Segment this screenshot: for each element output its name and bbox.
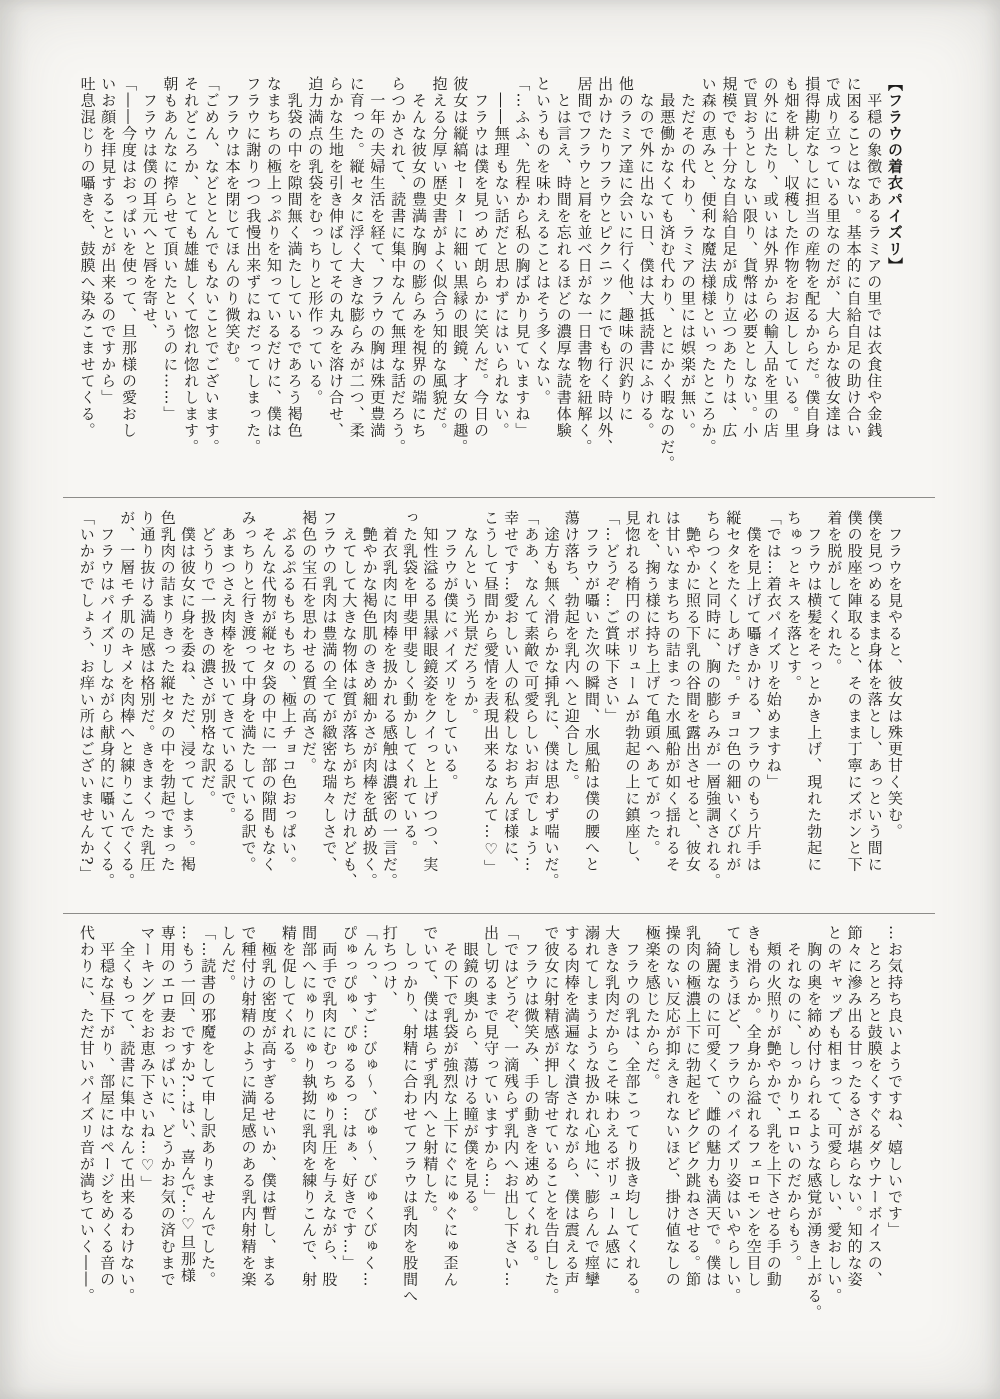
text-column: フラウはパイズリしながら献身的に囁いてくる。 [97, 510, 117, 910]
text-column: ちらつくと同時に、胸の膨らみが一層強調される。 [703, 510, 723, 910]
text-column: 知性溢るる黒縁眼鏡姿をクイっと上げつつ、実 [420, 510, 440, 910]
text-column: 「…読書の邪魔をして申し訳ありませんでした。 [198, 925, 218, 1362]
text-column: あまつさえ肉棒を扱いてきている訳で。 [218, 510, 238, 910]
text-column: とろとろと鼓膜をくすぐるダウナーボイスの、 [865, 925, 885, 1362]
text-column: 綺麗なのに可愛くて、雌の魅力も満天で。僕は [703, 925, 723, 1362]
text-column: きも滑らか。全身から溢れるフェロモンを空目し [743, 925, 763, 1362]
text-column: 一年の夫婦生活を経て、フラウの胸は殊更豊満 [367, 76, 388, 506]
text-column: 極乳の密度が高すぎるせいか、僕は暫し、まる [259, 925, 279, 1362]
text-column: らつかされて、読書に集中なんて無理な話だろう。 [387, 76, 408, 506]
text-column: なまちちの極上っぷりを知っているだけに、僕は [263, 76, 284, 506]
text-column: しんだ。 [218, 925, 238, 1362]
text-column: った乳袋を甲斐甲斐しく動かしてくれている。 [400, 510, 420, 910]
text-column: 規模でも十分な自給自足が成り立つあたりは、広 [719, 76, 740, 506]
text-column: に育った。縦セタに浮く大きな膨らみが二つ、柔 [346, 76, 367, 506]
text-column: フラウの乳肉は豊満の全てが緻密な瑞々しさで、 [319, 510, 339, 910]
text-column: 「…ふふ、先程から私の胸ばかり見ていますね」 [512, 76, 533, 506]
text-column: 僕を見上げて囁きかける、フラウのもう片手は [743, 510, 763, 910]
text-column: フラウは横髪をそっとかき上げ、現れた勃起に [804, 510, 824, 910]
text-column: フラウが囁いた次の瞬間、水風船は僕の腰へと [582, 510, 602, 910]
text-section-1: 【フラウの着衣パイズリ】 平穏の象徴であるラミアの里では衣食住や金銭に困ることは… [65, 76, 905, 506]
text-column: ただその代わり、ラミアの里には娯楽が無い。 [677, 76, 698, 506]
text-column: そんな代物が縦セタ袋の中に一部の隙間もなく [259, 510, 279, 910]
text-column: というものを味わえることはそう多くない。 [532, 76, 553, 506]
text-column: 乳袋の中を隙間無く満たしているであろう褐色 [284, 76, 305, 506]
text-column: い森の恵みと、便利な魔法様様といったところか。 [698, 76, 719, 506]
text-column: 溺れてしまうような扱かれ心地に、膨らんで痙攣 [582, 925, 602, 1362]
text-column: とは言え、時間を忘れるほどの濃厚な読書体験 [553, 76, 574, 506]
text-column: 「ああ、なんて素敵で可愛らしいお声でしょう… [521, 510, 541, 910]
text-column: 見惚れる楕円のボリュームが勃起の上に鎮座し、 [622, 510, 642, 910]
text-column: 色乳肉の詰まりきった縦セタの中を勃起でまった [157, 510, 177, 910]
text-column: 途方も無く滑らかな挿乳に、僕は思わず喘いだ。 [541, 510, 561, 910]
text-column: 迫力満点の乳袋をむっちりと形作っている。 [305, 76, 326, 506]
text-column: そんな彼女の豊満な胸の膨らみを視界の端にち [408, 76, 429, 506]
text-column: れを、掬う様に持ち上げて亀頭へあてがった。 [642, 510, 662, 910]
text-column: の外に出たり、或いは外界からの輸入品を里の店 [760, 76, 781, 506]
text-column: 「んっ、すご…びゅ〜、びゅ〜、びゅくびゅく… [360, 925, 380, 1362]
text-column: …もう一回、ですか?…はい、喜んで…♡旦那様 [178, 925, 198, 1362]
text-section-3: …お気持ち良いようですね、嬉しいです」 とろとろと鼓膜をくすぐるダウナーボイスの… [65, 925, 905, 1362]
text-column: 両手で乳肉にむっちゅり乳圧を与えながら、股 [319, 925, 339, 1362]
text-column: …お気持ち良いようですね、嬉しいです」 [885, 925, 905, 1362]
text-column: 大きな乳肉だからこそ味わえるボリューム感に [602, 925, 622, 1362]
text-column: 平穏の象徴であるラミアの里では衣食住や金銭 [864, 76, 885, 506]
text-column: 極楽を感じたからだ。 [642, 925, 662, 1362]
text-column: 抱える分厚い歴史書がよく似合う知的な風貌だ。 [429, 76, 450, 506]
text-column: 「――今度はおっぱいを使って、旦那様の愛おし [118, 76, 139, 506]
text-section-2: フラウを見やると、彼女は殊更甘く笑む。僕を見つめるまま身体を落とし、あっという間… [65, 510, 905, 910]
text-column: 平穏な昼下がり、部屋にはページをめくる音の [97, 925, 117, 1362]
text-column: 節々に滲み出る甘ったるさが堪らない。知的な姿 [844, 925, 864, 1362]
text-column: 着を脱がしてくれた。 [824, 510, 844, 910]
text-column: 代わりに、ただ甘いパイズリ音が満ちていく――。 [77, 925, 97, 1362]
text-column: フラウを見やると、彼女は殊更甘く笑む。 [885, 510, 905, 910]
text-column: 幸せです…愛おしい人の私殺しなおちんぽ様に、 [501, 510, 521, 910]
text-column: 艶やかな褐色肌のきめ細かさが肉棒を舐め扱く。 [360, 510, 380, 910]
text-column: フラウは本を閉じてほんのり微笑む。 [222, 76, 243, 506]
text-column: えてして大きな物体は質が落ちがちだけれども、 [339, 510, 359, 910]
text-column: 僕を見つめるまま身体を落とし、あっという間に [865, 510, 885, 910]
text-column: みっちりと行き渡って中身を満たしている訳で。 [238, 510, 258, 910]
text-column: で成り立っている里なのだが、大らかな彼女達は [822, 76, 843, 506]
text-column: 胸の奥を締め付けられるような感覚が湧き上がる。 [804, 925, 824, 1362]
text-column: 僕の股座を陣取ると、そのまま丁寧にズボンと下 [844, 510, 864, 910]
text-column: 「いかがでしょう、お痒い所はございませんか?」 [77, 510, 97, 910]
text-column: とのギャップも相まって、可愛らしい、愛おしい。 [824, 925, 844, 1362]
text-column: フラウは僕の耳元へと唇を寄せ、 [139, 76, 160, 506]
text-column: 専用のエロ妻おっぱいに、どうかお気の済むまで [157, 925, 177, 1362]
text-column: その下で乳袋が強烈な上下にぐにゅぐにゅ歪ん [440, 925, 460, 1362]
text-column: フラウは僕を見つめて朗らかに笑んだ。今日の [470, 76, 491, 506]
text-column: マーキングをお恵み下さいね…♡」 [137, 925, 157, 1362]
text-column: なんという光景だろうか。 [461, 510, 481, 910]
text-column: 頬の火照りが艶やかで、乳を上下させる手の動 [764, 925, 784, 1362]
text-column: フラウが僕にパイズリをしている。 [440, 510, 460, 910]
text-column: 出かけたりフラウとピクニックにでも行く時以外、 [594, 76, 615, 506]
text-column: フラウに謝りつつ我慢出来ずにねだってしまった。 [243, 76, 264, 506]
text-column: り通り抜ける満足感は格別だ。ききまくった乳圧 [137, 510, 157, 910]
text-column: 縦セタをたくしあげた。チョコ色の細いくびれが [723, 510, 743, 910]
text-column: 「ごめん、などととんでもないことでございます。 [201, 76, 222, 506]
text-column: 出し切るまで見守っていますから…」 [481, 925, 501, 1362]
text-column: が、一層モチ肌のキメを肉棒へと練りこんでくる。 [117, 510, 137, 910]
text-column: 褐色の宝石を思わせる質の高さだ。 [299, 510, 319, 910]
text-column: ――無理もない話だと思わずにはいられない。 [491, 76, 512, 506]
text-column: 眼鏡の奥から、蕩ける瞳が僕を見る。 [461, 925, 481, 1362]
text-column: らかな生地を引き伸ばしてその丸みを溶け合せ、 [325, 76, 346, 506]
text-column: てしまうほど、フラウのパイズリ姿はいやらしい。 [723, 925, 743, 1362]
text-column: フラウは微笑み、手の動きを速めてくれる。 [521, 925, 541, 1362]
text-column: に困ることはない。基本的に自給自足の助け合い [843, 76, 864, 506]
page-title: 【フラウの着衣パイズリ】 [884, 76, 905, 506]
text-column: は甘いなまちちの詰まった水風船が如く揺れるそ [663, 510, 683, 910]
section-divider [63, 497, 935, 498]
section-divider [63, 913, 935, 914]
text-column: 損得勘定なしに担当の産物を配るからだ。僕自身 [801, 76, 822, 506]
text-column: ぷるぷるもちもちの、極上チョコ色おっぱい。 [279, 510, 299, 910]
text-column: 吐息混じりの囁きを、鼓膜へ染みこませてくる。 [77, 76, 98, 506]
text-column: 朝もあんなに搾らせて頂いたというのに……」 [160, 76, 181, 506]
text-column: 他のラミア達に会いに行く他、趣味の沢釣りに [615, 76, 636, 506]
text-column: でいて、僕は堪らず乳内へと射精した。 [420, 925, 440, 1362]
scanned-page: 【フラウの着衣パイズリ】 平穏の象徴であるラミアの里では衣食住や金銭に困ることは… [0, 0, 1000, 1399]
text-column: フラウの乳は、全部こってり扱き均してくれる。 [622, 925, 642, 1362]
text-column: こうして昼間から愛情を表現出来るなんて…♡」 [481, 510, 501, 910]
text-column: しっかり、射精に合わせてフラウは乳肉を股間へ [400, 925, 420, 1362]
text-column: 着衣乳肉に肉棒を扱かれる感触は濃密の一言だ。 [380, 510, 400, 910]
text-column: 「では…着衣パイズリを始めますね」 [764, 510, 784, 910]
text-column: で種付け射精のように満足感のある乳内射精を楽 [238, 925, 258, 1362]
text-column: 操のない反応が抑えきれないほど、掛け値なしの [663, 925, 683, 1362]
text-column: する肉棒を満遍なく潰されながら、僕は震える声 [562, 925, 582, 1362]
text-column: 精を促してくれる。 [279, 925, 299, 1362]
text-column: 居間でフラウと肩を並べ日がな一日書物を紐解く。 [574, 76, 595, 506]
text-column: 彼女は縦縞セーターに細い黒縁の眼鏡、才女の趣。 [450, 76, 471, 506]
text-column: で買おうとしない限り、貨幣は必要としない。小 [739, 76, 760, 506]
text-column: 艶やかに照る下乳の谷間を露出させると、彼女 [683, 510, 703, 910]
text-column: 打ちつけ、 [380, 925, 400, 1362]
text-column: で彼女に射精感が押し寄せていることを告白した。 [541, 925, 561, 1362]
text-column: 「ではどうぞ、一滴残らず乳内へお出し下さい… [501, 925, 521, 1362]
text-column: 間部へにゅりにゅり執拗に乳肉を練りこんで、射 [299, 925, 319, 1362]
text-column: ぴゅっぴゅ、ぴゅるるっ…はぁ、好きです…」 [339, 925, 359, 1362]
text-column: 乳肉の極濃上下に勃起をビクビク跳ねさせる。節 [683, 925, 703, 1362]
text-column: ちゅっとキスを落とす。 [784, 510, 804, 910]
text-column: 最悪働かなくても済む代わり、とにかく暇なのだ。 [657, 76, 678, 506]
text-column: 全くもって、読書に集中なんて出来るわけない。 [117, 925, 137, 1362]
text-column: どうりで一扱きの濃さが別格な訳だ。 [198, 510, 218, 910]
text-column: 「…どうぞ…ご賞味下さい」 [602, 510, 622, 910]
text-column: なので外に出ない日、僕は大抵読書にふける。 [636, 76, 657, 506]
text-column: 蕩け落ち、勃起を乳内へと迎合した。 [562, 510, 582, 910]
text-column: 僕は彼女に身を委ね、ただ、浸ってしまう。褐 [178, 510, 198, 910]
text-column: それどころか、とても雄雄しくて惚れ惚れします。 [180, 76, 201, 506]
text-column: それなのに、しっかりエロいのだからもう。 [784, 925, 804, 1362]
text-column: いお顔を拝見することが出来るのですから」 [98, 76, 119, 506]
text-column: も畑を耕し、収穫した作物をお返ししている。里 [781, 76, 802, 506]
